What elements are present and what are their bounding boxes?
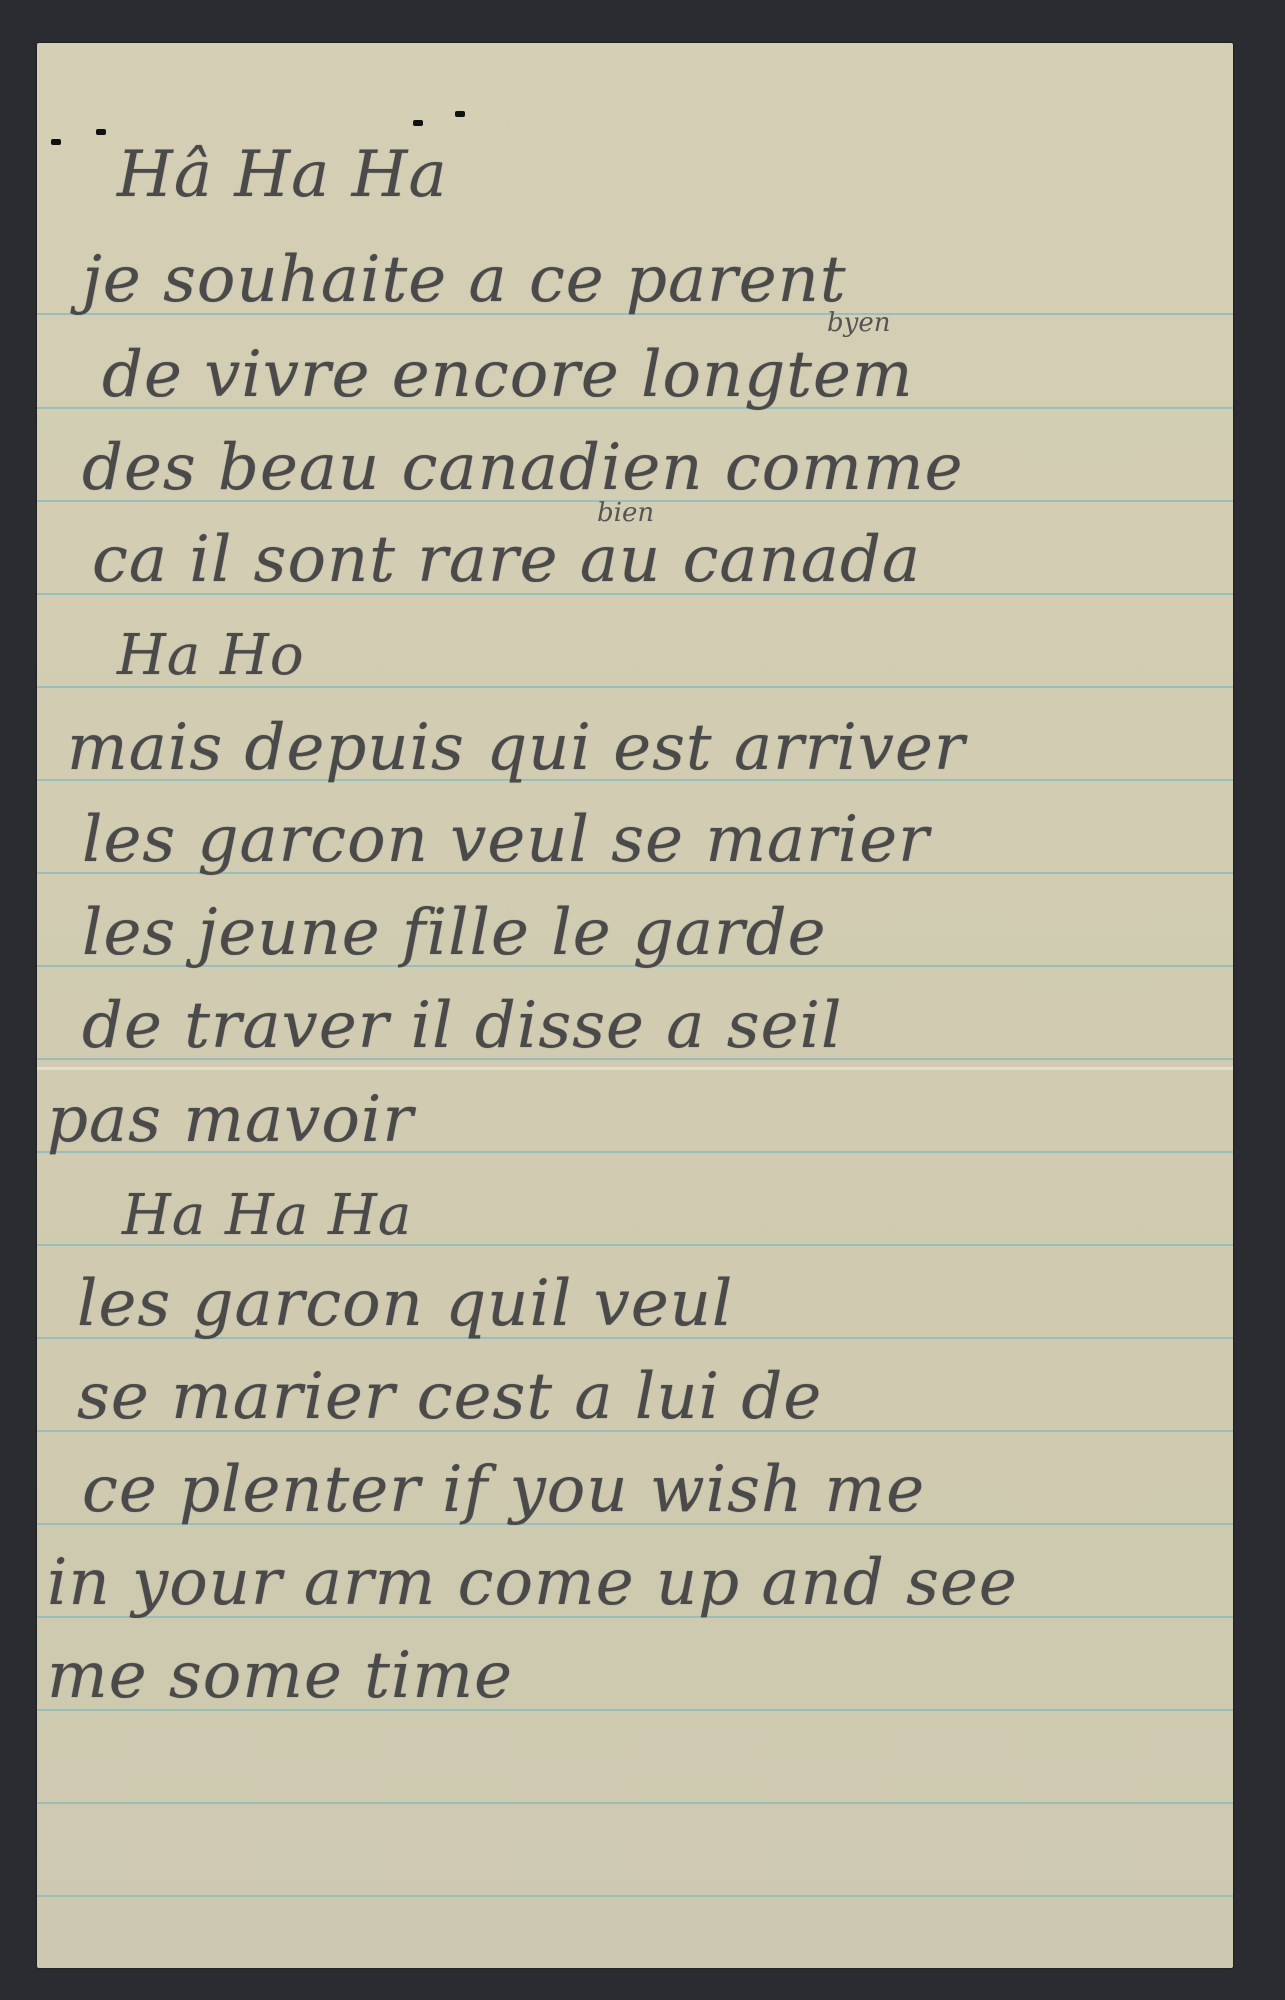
handwritten-line: Hâ Ha Ha bbox=[117, 138, 448, 212]
handwritten-line: ce plenter if you wish me bbox=[82, 1453, 925, 1527]
handwritten-line: les jeune fille le garde bbox=[82, 896, 826, 970]
pin-hole-mark bbox=[51, 139, 61, 145]
pin-hole-mark bbox=[455, 111, 465, 117]
handwritten-line: les garcon veul se marier bbox=[82, 803, 930, 877]
handwritten-line: me some time bbox=[47, 1639, 513, 1713]
handwritten-line: je souhaite a ce parent bbox=[82, 243, 847, 317]
paper-fold bbox=[37, 1067, 1233, 1070]
handwritten-line: ca il sont rare au canada bbox=[92, 523, 921, 597]
handwritten-line: Ha Ha Ha bbox=[122, 1183, 412, 1248]
handwritten-line: les garcon quil veul bbox=[77, 1267, 733, 1341]
ruled-line bbox=[37, 1802, 1233, 1804]
handwritten-line: mais depuis qui est arriver bbox=[67, 711, 965, 785]
handwritten-line: des beau canadien comme bbox=[82, 431, 963, 505]
handwritten-line: in your arm come up and see bbox=[47, 1546, 1018, 1620]
handwritten-insertion: byen bbox=[827, 308, 890, 338]
pin-hole-mark bbox=[96, 129, 106, 135]
ruled-paper-sheet: Hâ Ha Ha je souhaite a ce parent byen de… bbox=[37, 43, 1233, 1968]
ruled-line bbox=[37, 1895, 1233, 1897]
handwritten-line: de traver il disse a seil bbox=[82, 989, 842, 1063]
pin-hole-mark bbox=[413, 120, 423, 126]
handwritten-line: Ha Ho bbox=[117, 623, 305, 688]
handwritten-line: pas mavoir bbox=[47, 1083, 414, 1157]
handwritten-line: se marier cest a lui de bbox=[77, 1360, 822, 1434]
handwritten-line: de vivre encore longtem bbox=[102, 338, 914, 412]
